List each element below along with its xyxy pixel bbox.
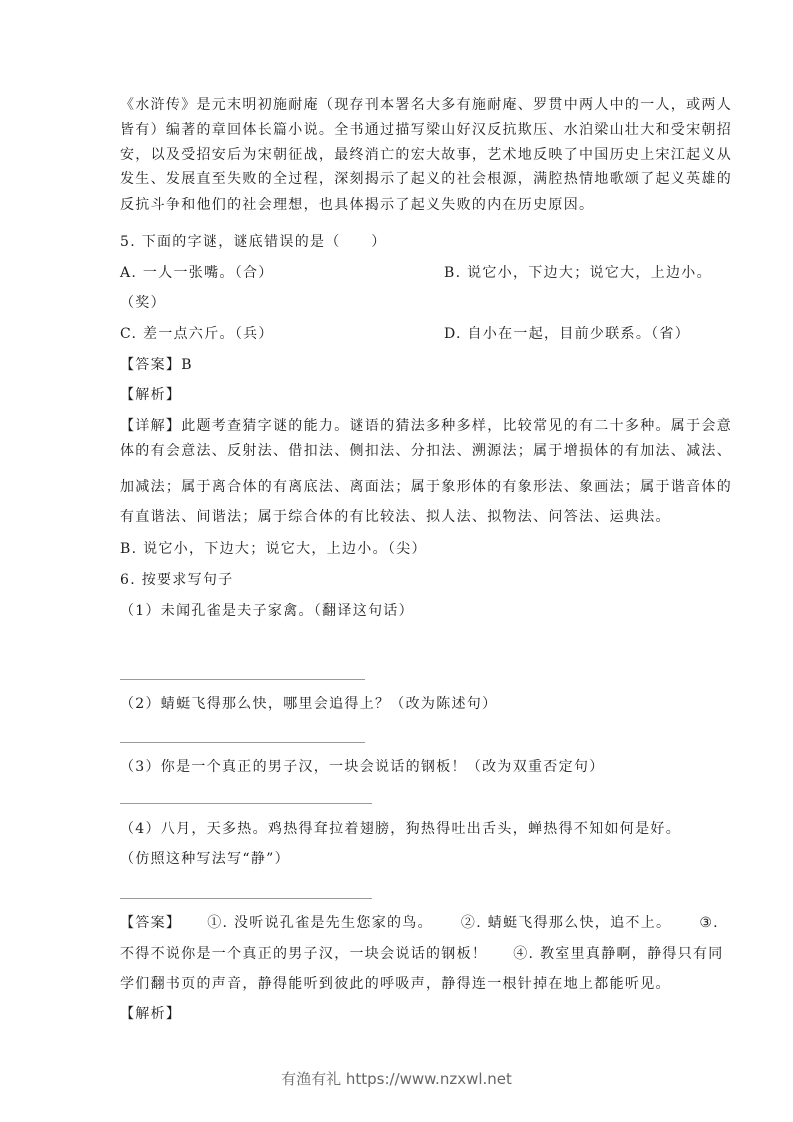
answer-blank-2[interactable] <box>120 742 365 743</box>
answer-3: 不得不说你是一个真正的男子汉，一块会说话的钢板！ <box>120 946 487 962</box>
option-b-continued: （奖） <box>120 294 166 312</box>
analysis-label: 【解析】 <box>120 386 181 404</box>
sub-question-1: （1）未闻孔雀是夫子家禽。（翻译这句话） <box>120 602 414 620</box>
intro-line: 《水浒传》是元末明初施耐庵（现存刊本署名大多有施耐庵、罗贯中两人中的一人，或两人 <box>120 96 732 114</box>
answer: 【答案】B <box>120 356 193 374</box>
detail-line: 加减法；属于离合体的有离底法、离面法；属于象形体的有象形法、象画法；属于谐音体的 <box>120 478 732 496</box>
option-a: A. 一人一张嘴。（合） <box>120 264 274 282</box>
intro-line: 皆有）编著的章回体长篇小说。全书通过描写梁山好汉反抗欺压、水泊梁山壮大和受宋朝招 <box>120 121 732 139</box>
detail-line: 有直谐法、间谐法；属于综合体的有比较法、拟人法、拟物法、问答法、运典法。 <box>120 508 671 526</box>
intro-line: 反抗斗争和他们的社会理想，也具体揭示了起义失败的内在历史原因。 <box>120 196 594 214</box>
footer-watermark: 有渔有礼 https://www.nzxwl.net <box>0 1070 793 1088</box>
detail-line: 体的有会意法、反射法、借扣法、侧扣法、分扣法、溯源法；属于增损体的有加法、减法、 <box>120 442 732 460</box>
answer-label: 【答案】 <box>120 915 181 931</box>
answer-3-number: ③. <box>699 915 719 931</box>
answer-4-start: ④. 教室里真静啊，静得只有同 <box>513 946 723 962</box>
intro-line: 安，以及受招安后为宋朝征战，最终消亡的宏大故事，艺术地反映了中国历史上宋江起义从 <box>120 146 732 164</box>
option-c: C. 差一点六斤。（兵） <box>120 325 274 343</box>
option-b: B. 说它小，下边大；说它大，上边小。 <box>444 264 712 282</box>
correction: B. 说它小，下边大；说它大，上边小。（尖） <box>120 540 427 558</box>
question-stem: 5. 下面的字谜，谜底错误的是（ ） <box>120 233 387 251</box>
answer-line-2: 不得不说你是一个真正的男子汉，一块会说话的钢板！④. 教室里真静啊，静得只有同 <box>120 945 724 963</box>
answer-blank-4[interactable] <box>120 898 372 899</box>
question-stem: 6. 按要求写句子 <box>120 571 234 589</box>
intro-line: 发生、发展直至失败的全过程，深刻揭示了起义的社会根源，满腔热情地歌颂了起义英雄的 <box>120 170 732 188</box>
answer-line-1: 【答案】①. 没听说孔雀是先生您家的鸟。②. 蜻蜓飞得那么快，追不上。③. <box>120 914 719 932</box>
answer-blank-3[interactable] <box>120 803 372 804</box>
analysis-label: 【解析】 <box>120 1005 181 1023</box>
answer-2: ②. 蜻蜓飞得那么快，追不上。 <box>461 915 671 931</box>
sub-question-4: （4）八月，天多热。鸡热得耷拉着翅膀，狗热得吐出舌头，蝉热得不知如何是好。 <box>120 820 681 838</box>
sub-question-3: （3）你是一个真正的男子汉，一块会说话的钢板！（改为双重否定句） <box>120 758 605 776</box>
sub-question-2: （2）蜻蜓飞得那么快，哪里会追得上？（改为陈述句） <box>120 695 497 713</box>
answer-blank-1[interactable] <box>120 679 365 680</box>
option-d: D. 自小在一起，目前少联系。（省） <box>444 325 690 343</box>
answer-1: ①. 没听说孔雀是先生您家的鸟。 <box>207 915 433 931</box>
answer-4-rest: 学们翻书页的声音，静得能听到彼此的呼吸声，静得连一根针掉在地上都能听见。 <box>120 975 671 993</box>
sub-question-4-note: （仿照这种写法写“静”） <box>120 850 290 868</box>
detail-line: 【详解】此题考查猜字谜的能力。谜语的猜法多种多样，比较常见的有二十多种。属于会意 <box>120 417 732 435</box>
